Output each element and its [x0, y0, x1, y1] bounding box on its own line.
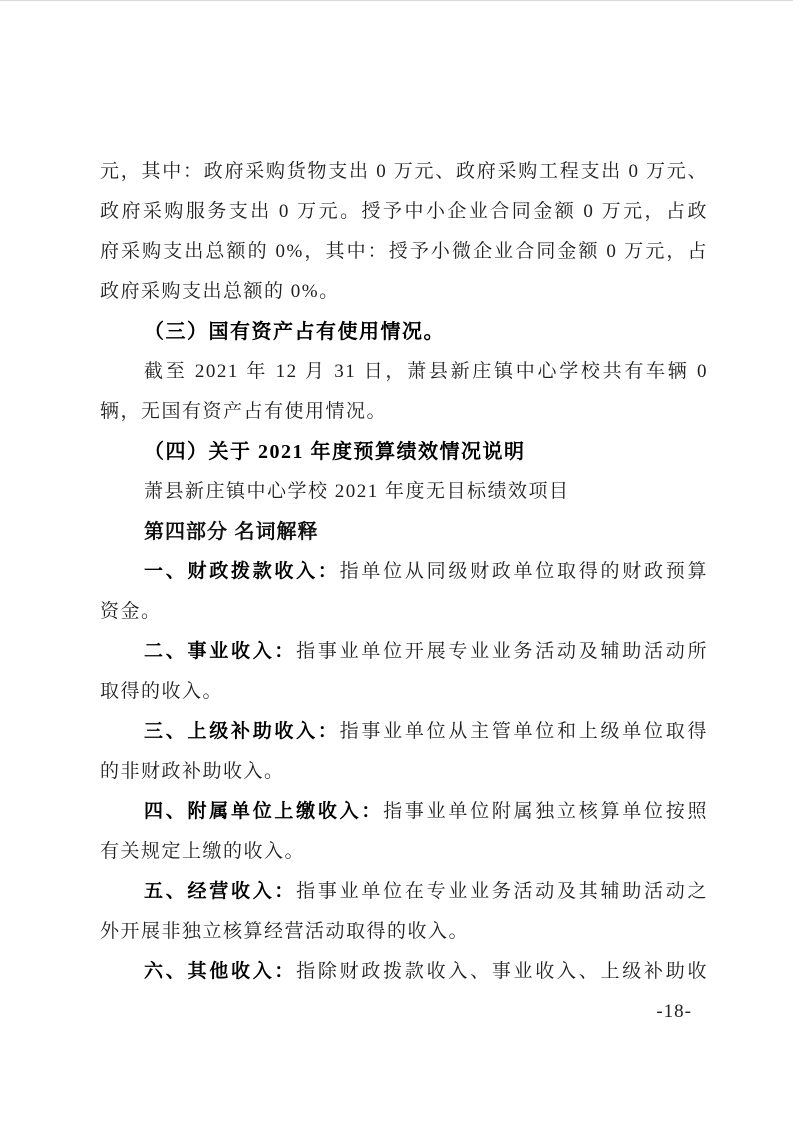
term-definition-line: 二、事业收入：指事业单位开展专业业务活动及辅助活动所 [100, 632, 708, 672]
section-heading-4: （四）关于 2021 年度预算绩效情况说明 [100, 432, 708, 472]
page-number: -18- [100, 992, 708, 1032]
term-text: 指事业单位附属独立核算单位按照 [383, 801, 708, 822]
term-lead: 三、上级补助收入： [144, 721, 340, 742]
text-line: 元，其中：政府采购货物支出 0 万元、政府采购工程支出 0 万元、 [100, 152, 708, 192]
part-four-heading: 第四部分 名词解释 [100, 512, 708, 552]
page-top-edge [0, 0, 793, 1]
text-line: 有关规定上缴的收入。 [100, 832, 708, 872]
text-line: 政府采购支出总额的 0%。 [100, 272, 708, 312]
document-body: 元，其中：政府采购货物支出 0 万元、政府采购工程支出 0 万元、 政府采购服务… [100, 152, 708, 1032]
term-definition-line: 五、经营收入：指事业单位在专业业务活动及其辅助活动之 [100, 872, 708, 912]
document-page: { "document": { "lines": [ { "text": "元，… [0, 0, 793, 1122]
text-line: 政府采购服务支出 0 万元。授予中小企业合同金额 0 万元，占政 [100, 192, 708, 232]
term-lead: 五、经营收入： [144, 881, 296, 902]
text-line: 的非财政补助收入。 [100, 752, 708, 792]
term-text: 指单位从同级财政单位取得的财政预算 [340, 561, 708, 582]
term-lead: 四、附属单位上缴收入： [144, 801, 383, 822]
text-line: 取得的收入。 [100, 672, 708, 712]
text-line: 府采购支出总额的 0%，其中：授予小微企业合同金额 0 万元，占 [100, 232, 708, 272]
term-text: 指除财政拨款收入、事业收入、上级补助收 [296, 961, 708, 982]
term-definition-line: 三、上级补助收入：指事业单位从主管单位和上级单位取得 [100, 712, 708, 752]
term-text: 指事业单位从主管单位和上级单位取得 [340, 721, 708, 742]
text-line: 辆，无国有资产占有使用情况。 [100, 392, 708, 432]
term-text: 指事业单位在专业业务活动及其辅助活动之 [296, 881, 708, 902]
term-definition-line: 四、附属单位上缴收入：指事业单位附属独立核算单位按照 [100, 792, 708, 832]
section-heading-3: （三）国有资产占有使用情况。 [100, 312, 708, 352]
term-lead: 二、事业收入： [144, 641, 296, 662]
text-line: 外开展非独立核算经营活动取得的收入。 [100, 912, 708, 952]
term-definition-line: 一、财政拨款收入：指单位从同级财政单位取得的财政预算 [100, 552, 708, 592]
text-line: 萧县新庄镇中心学校 2021 年度无目标绩效项目 [100, 472, 708, 512]
term-lead: 一、财政拨款收入： [144, 561, 340, 582]
text-line: 截至 2021 年 12 月 31 日，萧县新庄镇中心学校共有车辆 0 [100, 352, 708, 392]
term-definition-line: 六、其他收入：指除财政拨款收入、事业收入、上级补助收 [100, 952, 708, 992]
term-lead: 六、其他收入： [144, 961, 296, 982]
term-text: 指事业单位开展专业业务活动及辅助活动所 [296, 641, 708, 662]
text-line: 资金。 [100, 592, 708, 632]
